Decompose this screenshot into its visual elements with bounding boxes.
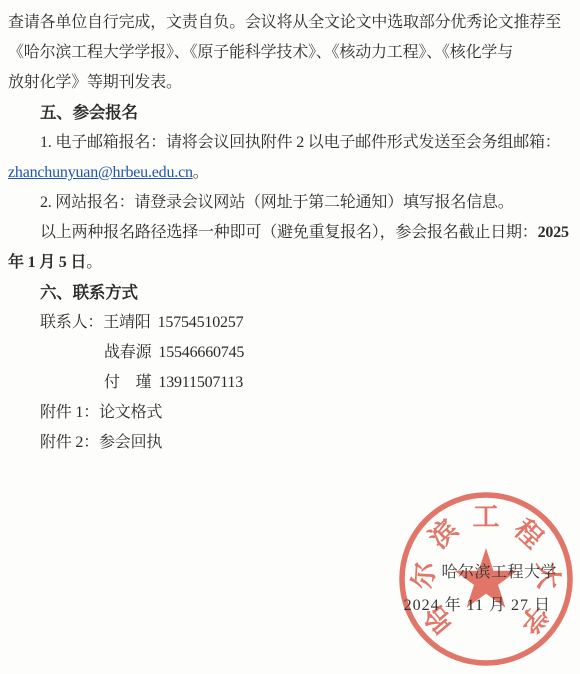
paragraph-journals-line1: 查请各单位自行完成，文责自负。会议将从全文论文中选取部分优秀论文推荐至 bbox=[8, 8, 578, 38]
contact-phone: 13911507113 bbox=[158, 374, 243, 391]
contact-name: 王靖阳 bbox=[103, 314, 150, 331]
attachment-1: 附件 1：论文格式 bbox=[8, 398, 578, 428]
section5-heading: 五、参会报名 bbox=[8, 98, 578, 128]
deadline-suffix: 。 bbox=[86, 254, 102, 271]
section5-item1: 1. 电子邮箱报名：请将会议回执附件 2 以电子邮件形式发送至会务组邮箱： bbox=[8, 128, 578, 158]
contact-row-3: 付 瑾13911507113 bbox=[8, 368, 578, 398]
deadline-text: 以上两种报名路径选择一种即可（避免重复报名），参会报名截止日期： bbox=[40, 224, 538, 241]
attachment-2: 附件 2：参会回执 bbox=[8, 428, 578, 458]
contact-row-2: 战春源15546660745 bbox=[8, 338, 578, 368]
document-body: 查请各单位自行完成，文责自负。会议将从全文论文中选取部分优秀论文推荐至 《哈尔滨… bbox=[0, 0, 580, 458]
contact-phone: 15754510257 bbox=[158, 314, 244, 331]
deadline-line1: 以上两种报名路径选择一种即可（避免重复报名），参会报名截止日期：2025 bbox=[8, 218, 578, 248]
deadline-date: 年 1 月 5 日 bbox=[8, 254, 86, 271]
signature-organization: 哈尔滨工程大学 bbox=[441, 559, 557, 582]
contact-name: 战春源 bbox=[104, 344, 151, 361]
signature-date: 2024 年 11 月 27 日 bbox=[404, 592, 551, 615]
deadline-year: 2025 bbox=[538, 224, 569, 241]
seal-char: 尔 bbox=[407, 561, 440, 590]
contact-name: 付 瑾 bbox=[104, 374, 151, 391]
deadline-line2: 年 1 月 5 日。 bbox=[8, 248, 578, 278]
section6-heading: 六、联系方式 bbox=[8, 278, 578, 308]
email-suffix: 。 bbox=[193, 164, 209, 181]
seal-char: 工 bbox=[473, 502, 500, 532]
contact-label: 联系人： bbox=[40, 314, 103, 331]
contact-phone: 15546660745 bbox=[158, 344, 244, 361]
section5-item2: 2. 网站报名：请登录会议网站（网址于第二轮通知）填写报名信息。 bbox=[8, 188, 578, 218]
paragraph-journals-line2: 《哈尔滨工程大学学报》、《原子能科学技术》、《核动力工程》、《核化学与 bbox=[8, 38, 578, 68]
email-line: zhanchunyuan@hrbeu.edu.cn。 bbox=[8, 158, 578, 188]
contact-row-1: 联系人：王靖阳15754510257 bbox=[8, 308, 578, 338]
document-page: 查请各单位自行完成，文责自负。会议将从全文论文中选取部分优秀论文推荐至 《哈尔滨… bbox=[0, 0, 580, 674]
email-link[interactable]: zhanchunyuan@hrbeu.edu.cn bbox=[8, 164, 193, 181]
paragraph-journals-line3: 放射化学》等期刊发表。 bbox=[8, 68, 578, 98]
